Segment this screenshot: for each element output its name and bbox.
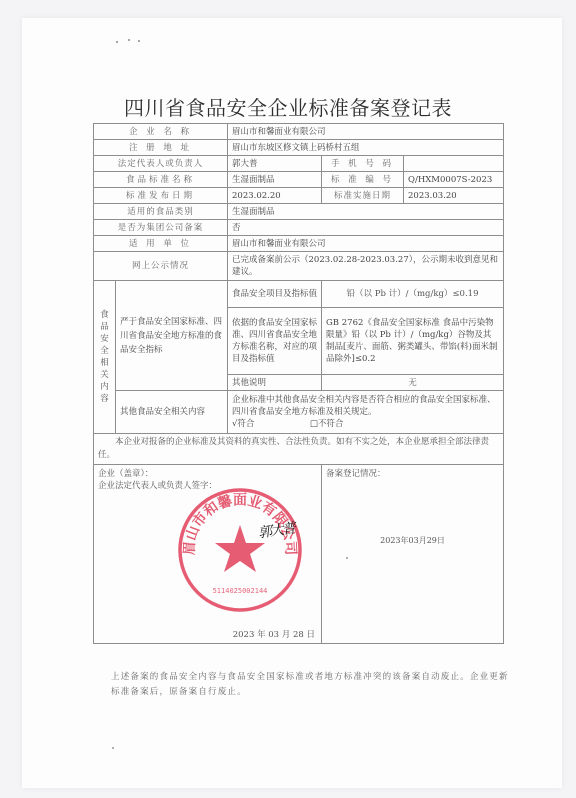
safety-item-value: 铅（以 Pb 计）/（mg/kg）≤0.19 (322, 281, 504, 308)
standard-code-value: Q/HXM0007S-2023 (404, 172, 504, 188)
registration-date: 2023年03月29日 (322, 535, 503, 547)
applicable-unit-label: 适 用 单 位 (94, 236, 228, 252)
publish-date-label: 标准发布日期 (94, 188, 228, 204)
other-safety-value: 企业标准中其他食品安全相关内容是否符合相应的食品安全国家标准、四川省食品安全地方… (228, 391, 504, 434)
impl-date-label: 标准实施日期 (322, 188, 404, 204)
legal-rep-value: 郭大普 (228, 156, 322, 172)
impl-date-value: 2023.03.20 (404, 188, 504, 204)
group-filing-label: 是否为集团公司备案 (94, 220, 228, 236)
row-safety-item: 食品安全相关内容 严于食品安全国家标准、四川省食品安全地方标准的食品安全指标 食… (94, 281, 504, 308)
row-address: 注 册 地 址 眉山市东坡区修文镇上码桥村五组 (94, 140, 504, 156)
other-note-label: 其他说明 (228, 375, 322, 391)
declaration-text: 本企业对报备的企业标准及其资料的真实性、合法性负责。如有不实之处，本企业愿承担全… (94, 434, 504, 465)
row-standard-name: 食品标准名称 生湿面制品 标 准 编 号 Q/HXM0007S-2023 (94, 172, 504, 188)
food-category-label: 适用的食品类别 (94, 204, 228, 220)
option-noncompliant: □不符合 (310, 419, 344, 429)
seal-label: 企业（盖章）： (98, 468, 317, 480)
safety-item-label: 食品安全项目及指标值 (228, 281, 322, 308)
stricter-indicators-label: 严于食品安全国家标准、四川省食品安全地方标准的食品安全指标 (116, 281, 228, 391)
registration-label: 备案登记情况： (326, 468, 499, 480)
scan-speck (346, 557, 348, 559)
signing-cell: 企业（盖章）： 企业法定代表人或负责人签字： 2023 年 03 月 28 日 (94, 465, 322, 644)
standard-code-label: 标 准 编 号 (322, 172, 404, 188)
row-group-filing: 是否为集团公司备案 否 (94, 220, 504, 236)
address-label: 注 册 地 址 (94, 140, 228, 156)
row-applicable-unit: 适 用 单 位 眉山市和馨面业有限公司 (94, 236, 504, 252)
scan-speck (112, 747, 114, 749)
document-title: 四川省食品安全企业标准备案登记表 (0, 92, 576, 121)
standard-name-value: 生湿面制品 (228, 172, 322, 188)
basis-label: 依据的食品安全国家标准、四川省食品安全地方标准名称，对应的项目及指标值 (228, 308, 322, 375)
phone-label: 手 机 号 码 (322, 156, 404, 172)
footnote: 上述备案的食品安全内容与食品安全国家标准或者地方标准冲突的该备案自动废止。企业更… (111, 670, 511, 700)
basis-value: GB 2762《食品安全国家标准 食品中污染物限量》铅（以 Pb 计）/（mg/… (322, 308, 504, 375)
signing-date: 2023 年 03 月 28 日 (233, 629, 315, 641)
signer-label: 企业法定代表人或负责人签字： (98, 480, 317, 492)
other-safety-text: 企业标准中其他食品安全相关内容是否符合相应的食品安全国家标准、四川省食品安全地方… (232, 395, 496, 417)
publish-date-value: 2023.02.20 (228, 188, 322, 204)
standard-name-label: 食品标准名称 (94, 172, 228, 188)
row-other-safety: 其他食品安全相关内容 企业标准中其他食品安全相关内容是否符合相应的食品安全国家标… (94, 391, 504, 434)
phone-value (404, 156, 504, 172)
row-publish-date: 标准发布日期 2023.02.20 标准实施日期 2023.03.20 (94, 188, 504, 204)
row-legal-rep: 法定代表人或负责人 郭大普 手 机 号 码 (94, 156, 504, 172)
company-name-value: 眉山市和馨面业有限公司 (228, 124, 504, 140)
row-signing: 企业（盖章）： 企业法定代表人或负责人签字： 2023 年 03 月 28 日 … (94, 465, 504, 644)
applicable-unit-value: 眉山市和馨面业有限公司 (228, 236, 504, 252)
registration-cell: 备案登记情况： 2023年03月29日 (322, 465, 504, 644)
row-company-name: 企 业 名 称 眉山市和馨面业有限公司 (94, 124, 504, 140)
other-safety-label: 其他食品安全相关内容 (116, 391, 228, 434)
safety-section-label: 食品安全相关内容 (94, 281, 116, 434)
row-declaration: 本企业对报备的企业标准及其资料的真实性、合法性负责。如有不实之处，本企业愿承担全… (94, 434, 504, 465)
public-notice-label: 网上公示情况 (94, 252, 228, 281)
legal-rep-label: 法定代表人或负责人 (94, 156, 228, 172)
registration-table: 企 业 名 称 眉山市和馨面业有限公司 注 册 地 址 眉山市东坡区修文镇上码桥… (93, 123, 504, 644)
public-notice-value: 已完成备案前公示（2023.02.28-2023.03.27），公示期未收到意见… (228, 252, 504, 281)
other-note-value: 无 (322, 375, 504, 391)
row-public-notice: 网上公示情况 已完成备案前公示（2023.02.28-2023.03.27），公… (94, 252, 504, 281)
company-name-label: 企 业 名 称 (94, 124, 228, 140)
scan-artifact (116, 38, 146, 44)
food-category-value: 生湿面制品 (228, 204, 504, 220)
group-filing-value: 否 (228, 220, 504, 236)
row-food-category: 适用的食品类别 生湿面制品 (94, 204, 504, 220)
option-compliant: √符合 (232, 419, 254, 429)
address-value: 眉山市东坡区修文镇上码桥村五组 (228, 140, 504, 156)
